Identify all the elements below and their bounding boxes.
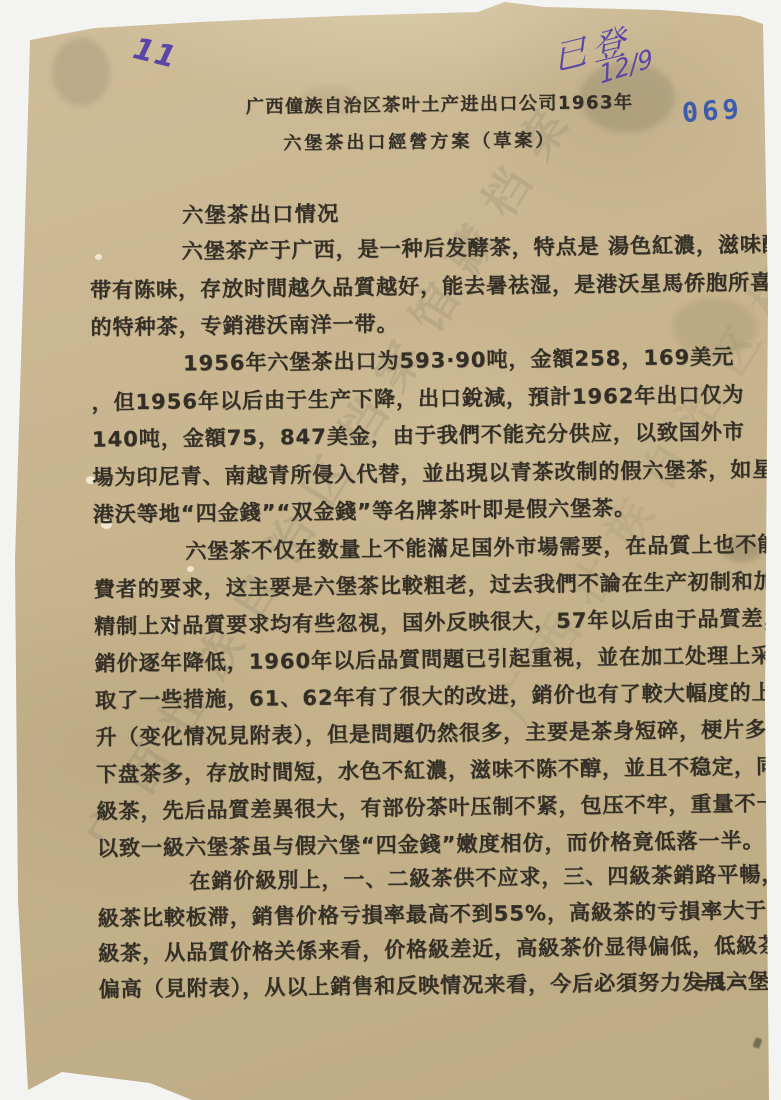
typewritten-text-layer: 广西僮族自治区茶叶土产进出口公司1963年 六堡茶出口經營方案（草案） 六堡茶出… xyxy=(0,0,781,1100)
body-line: 偏高（見附表），从以上銷售和反映情况来看，今后必須努力发展六堡茶 xyxy=(98,965,781,1009)
archive-number-stamp: 069 xyxy=(681,94,744,129)
document-title-line1: 广西僮族自治区茶叶土产进出口公司1963年 xyxy=(246,88,634,119)
section-heading: 六堡茶出口情况 xyxy=(182,198,340,230)
paragraph-2: 1956年六堡茶出口为593·90吨，金額258，169美元 ，但1956年以后… xyxy=(91,340,778,536)
scanned-paper-sheet: 广西壮族自治区档案馆藏档案 广西壮族自治区档案馆藏档案 广西僮族自治区茶叶土产进… xyxy=(0,0,781,1100)
page-number: =1= xyxy=(694,972,748,995)
paragraph-3: 六堡茶不仅在数量上不能滿足国外市場需要，在品質上也不能适应消 費者的要求，这主要… xyxy=(93,528,781,869)
document-title-line2: 六堡茶出口經營方案（草案） xyxy=(283,126,556,155)
paragraph-1: 六堡茶产于广西，是一种后发酵茶，特点是 湯色紅濃，滋味醇和， 带有陈味，存放时間… xyxy=(89,228,775,349)
paragraph-4: 在銷价級別上，一、二級茶供不应求，三、四級茶銷路平暢，五、六 級茶比較板滞，銷售… xyxy=(97,858,781,1008)
